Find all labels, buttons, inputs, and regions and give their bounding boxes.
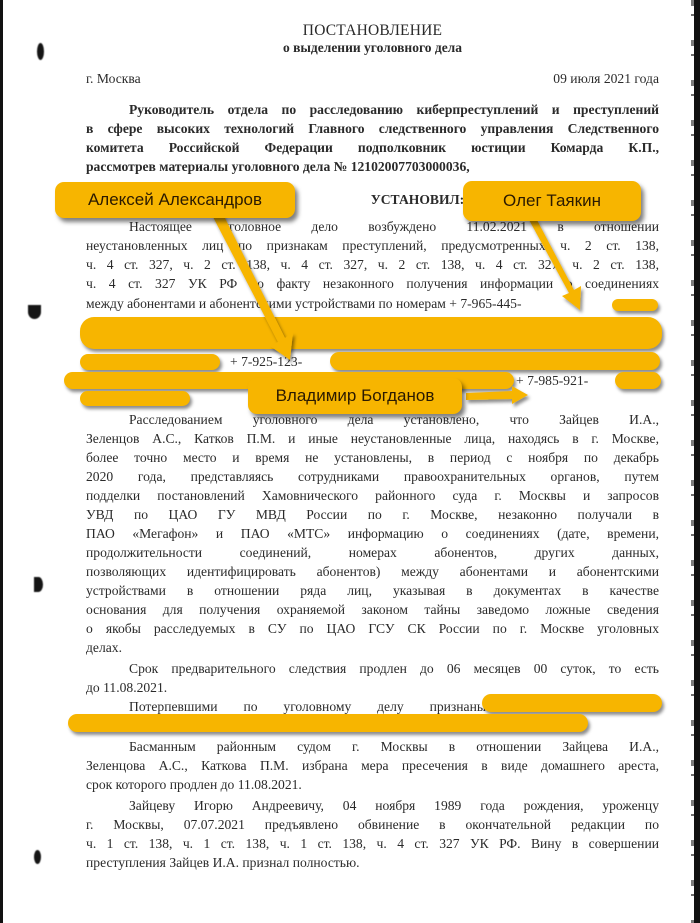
paragraph2-line: 2020 года, представляясь сотрудниками пр… xyxy=(86,467,659,486)
paragraph6-line: преступления Зайцев И.А. признал полност… xyxy=(86,853,659,872)
place-date-row: г. Москва 09 июля 2021 года xyxy=(86,71,659,87)
scan-frame-right-edge xyxy=(694,0,700,923)
paragraph5-line: Зеленцова А.С., Каткова П.М. избрана мер… xyxy=(86,756,659,775)
paragraph6-line: ч. 1 ст. 138, ч. 1 ст. 138, ч. 1 ст. 138… xyxy=(86,834,659,853)
paragraph2-line: позволяющих идентифицировать абонентов) … xyxy=(86,562,659,581)
paragraph1-line: между абонентами и абонентскими устройст… xyxy=(86,294,659,313)
paragraph1-line: неустановленных лиц по признакам преступ… xyxy=(86,236,659,255)
paragraph2-line: более точно место и время не установлены… xyxy=(86,448,659,467)
paragraph1-line: ч. 4 ст. 327, ч. 2 ст. 138, ч. 4 ст. 327… xyxy=(86,255,659,274)
scan-frame-left-edge xyxy=(0,0,3,923)
redaction-bar xyxy=(330,352,660,370)
intro-line: в сфере высоких технологий Главного след… xyxy=(86,119,659,138)
annotation-label-bogdanov: Владимир Богданов xyxy=(248,378,462,414)
intro-line: рассмотрев материалы уголовного дела № 1… xyxy=(86,157,659,176)
annotation-label-tayakin: Олег Таякин xyxy=(463,181,641,221)
redaction-bar xyxy=(612,299,658,311)
redaction-bar xyxy=(68,714,588,732)
paragraph1-line: ч. 4 ст. 327 УК РФ по факту незаконного … xyxy=(86,274,659,293)
punch-hole-mark xyxy=(28,305,41,319)
document-city: г. Москва xyxy=(86,71,141,87)
paragraph2-line: ПАО «Мегафон» и ПАО «МТС» информацию о с… xyxy=(86,524,659,543)
paragraph2-line: подделки постановлений Хамовнического ра… xyxy=(86,486,659,505)
intro-line: комитета Российской Федерации подполковн… xyxy=(86,138,659,157)
document-title: ПОСТАНОВЛЕНИЕ xyxy=(86,22,659,40)
paragraph6-line: г. Москвы, 07.07.2021 предъявлено обвине… xyxy=(86,815,659,834)
intro-line: Руководитель отдела по расследованию киб… xyxy=(86,100,659,119)
redaction-bar xyxy=(80,317,662,349)
annotation-label-aleksandrov: Алексей Александров xyxy=(55,182,295,218)
redaction-bar xyxy=(80,391,190,406)
punch-hole-mark xyxy=(37,43,44,60)
punch-hole-mark xyxy=(34,577,43,592)
paragraph2-line: УВД по ЦАО ГУ МВД России по г. Москве, н… xyxy=(86,505,659,524)
scan-binding-marks xyxy=(691,0,694,923)
document-date: 09 июля 2021 года xyxy=(553,71,659,87)
paragraph2-line: продолжительности соединений, номерах аб… xyxy=(86,543,659,562)
redaction-bar xyxy=(80,354,220,370)
paragraph2-line: делах. xyxy=(86,638,659,657)
paragraph2-line: устройствами в отношении ряда лиц, указы… xyxy=(86,581,659,600)
paragraph2-line: основания для получения охраняемой закон… xyxy=(86,600,659,619)
paragraph5-line: срок которого продлен до 11.08.2021. xyxy=(86,775,659,794)
punch-hole-mark xyxy=(34,850,41,864)
paragraph3-line: Срок предварительного следствия продлен … xyxy=(86,659,659,678)
paragraph2-line: Зеленцов А.С., Катков П.М. и иные неуста… xyxy=(86,429,659,448)
paragraph6-line: Зайцеву Игорю Андреевичу, 04 ноября 1989… xyxy=(86,796,659,815)
paragraph2-line: о якобы расследуемых в СУ по ЦАО ГСУ СК … xyxy=(86,619,659,638)
document-subtitle: о выделении уголовного дела xyxy=(86,40,659,56)
redaction-bar xyxy=(482,694,662,712)
redaction-bar xyxy=(615,372,661,389)
paragraph5-line: Басманным районным судом г. Москвы в отн… xyxy=(86,737,659,756)
